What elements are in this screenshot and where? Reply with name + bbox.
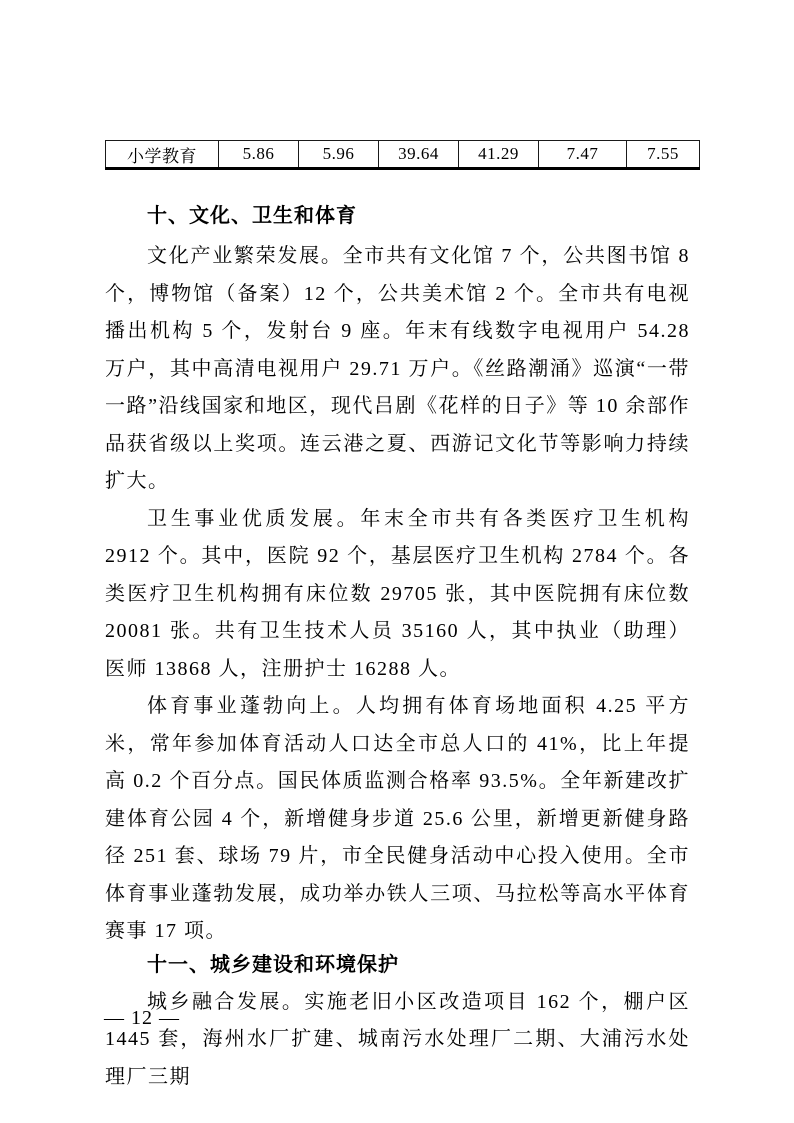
document-page: 小学教育 5.86 5.96 39.64 41.29 7.47 7.55 十、文…: [0, 0, 794, 1123]
table-cell-value-1: 5.86: [219, 141, 299, 169]
table-cell-value-5: 7.47: [539, 141, 627, 169]
page-number: — 12 —: [104, 1007, 180, 1030]
paragraph-culture-industry: 文化产业繁荣发展。全市共有文化馆 7 个，公共图书馆 8 个，博物馆（备案）12…: [105, 238, 690, 501]
page-content: 小学教育 5.86 5.96 39.64 41.29 7.47 7.55 十、文…: [105, 140, 699, 1096]
section-heading-culture-health-sports: 十、文化、卫生和体育: [105, 204, 732, 228]
section-heading-urban-rural-environment: 十一、城乡建设和环境保护: [105, 953, 732, 977]
education-stats-table: 小学教育 5.86 5.96 39.64 41.29 7.47 7.55: [105, 140, 700, 170]
paragraph-sports-development: 体育事业蓬勃向上。人均拥有体育场地面积 4.25 平方米，常年参加体育活动人口达…: [105, 688, 690, 951]
table-cell-value-2: 5.96: [299, 141, 379, 169]
paragraph-urban-rural-integration: 城乡融合发展。实施老旧小区改造项目 162 个，棚户区 1445 套，海州水厂扩…: [105, 984, 690, 1097]
paragraph-health-services: 卫生事业优质发展。年末全市共有各类医疗卫生机构 2912 个。其中，医院 92 …: [105, 501, 690, 689]
table-cell-value-6: 7.55: [627, 141, 700, 169]
table-cell-category: 小学教育: [106, 141, 219, 169]
table-row-primary-education: 小学教育 5.86 5.96 39.64 41.29 7.47 7.55: [106, 141, 700, 169]
table-cell-value-4: 41.29: [459, 141, 539, 169]
table-cell-value-3: 39.64: [379, 141, 459, 169]
